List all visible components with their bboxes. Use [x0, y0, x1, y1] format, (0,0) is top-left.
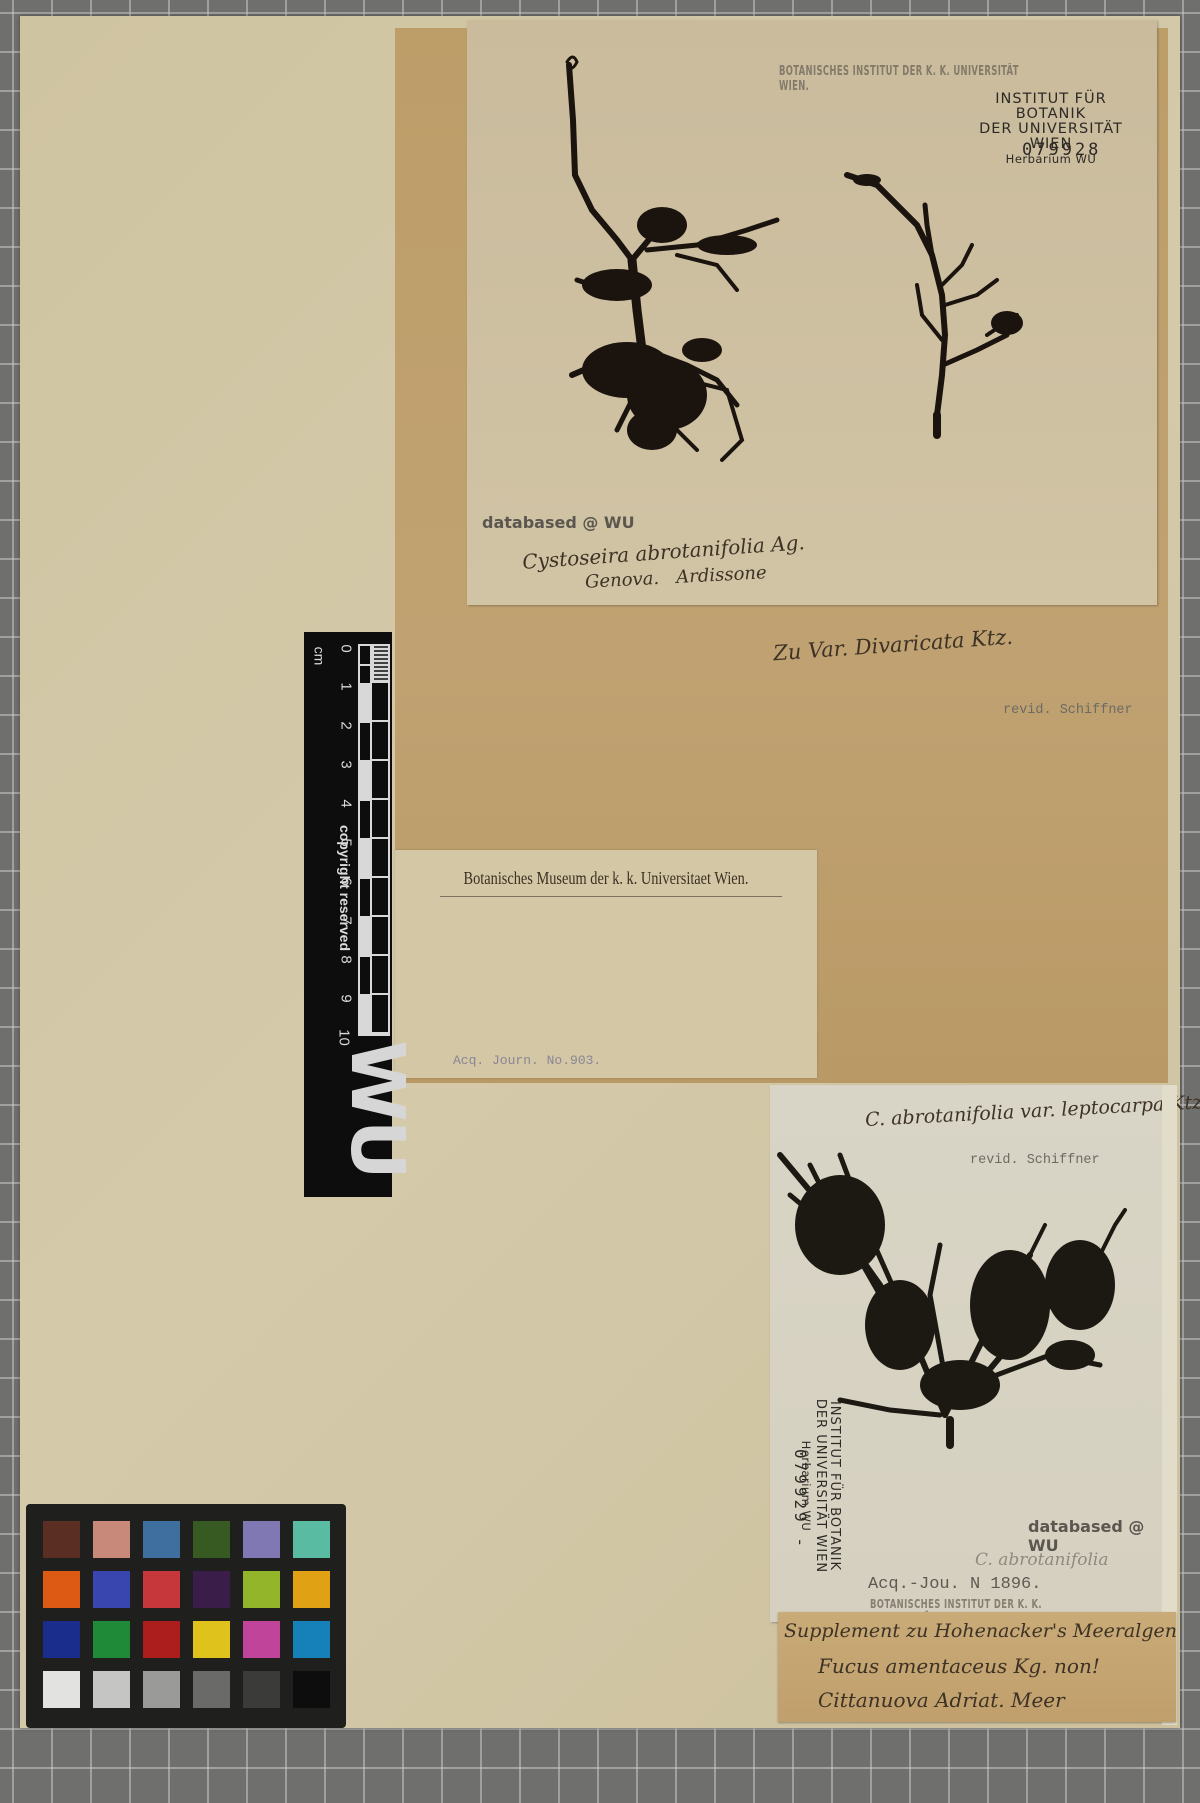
- color-patch: [143, 1621, 180, 1658]
- tick-1: 1: [338, 677, 355, 697]
- copyright-text: copyright reserved: [337, 825, 353, 951]
- tick-0: 0: [338, 639, 355, 659]
- strip-line-2: Fucus amentaceus Kg. non!: [818, 1654, 1100, 1678]
- color-checker-card: [26, 1504, 346, 1728]
- color-patch: [193, 1571, 230, 1608]
- color-patch: [93, 1521, 130, 1558]
- color-patch: [43, 1571, 80, 1608]
- wu-logo: WU: [334, 1040, 420, 1178]
- catalog-number-bottom: 079929 -: [791, 1449, 810, 1550]
- tick-9: 9: [338, 989, 355, 1009]
- color-patch: [293, 1521, 330, 1558]
- color-patch: [193, 1521, 230, 1558]
- ruler-scale-icon: [358, 644, 390, 1044]
- bottom-specimen-paper: C. abrotanifolia var. leptocarpa Ktz. re…: [770, 1085, 1172, 1622]
- tick-2: 2: [338, 716, 355, 736]
- museum-label: Botanisches Museum der k. k. Universitae…: [395, 850, 817, 1078]
- color-patch: [243, 1521, 280, 1558]
- museum-label-title: Botanisches Museum der k. k. Universitae…: [433, 868, 779, 889]
- color-patch: [293, 1621, 330, 1658]
- label-rule: [440, 896, 782, 897]
- strip-line-3: Cittanuova Adriat. Meer: [818, 1688, 1065, 1712]
- color-patch: [143, 1571, 180, 1608]
- tick-4: 4: [338, 794, 355, 814]
- tick-8: 8: [338, 950, 355, 970]
- color-patch: [43, 1671, 80, 1708]
- variety-annotation: Zu Var. Divaricata Ktz.: [772, 625, 1013, 666]
- color-patch: [143, 1671, 180, 1708]
- exsiccata-label: Supplement zu Hohenacker's Meeralgen Fuc…: [778, 1612, 1176, 1722]
- color-patch: [143, 1521, 180, 1558]
- acquisition-journal-bottom: Acq.-Jou. N 1896.: [868, 1575, 1041, 1594]
- color-patch: [243, 1621, 280, 1658]
- color-patch: [243, 1671, 280, 1708]
- color-patch: [193, 1621, 230, 1658]
- color-patch: [243, 1571, 280, 1608]
- color-patch: [93, 1621, 130, 1658]
- catalog-number: 079928: [1022, 140, 1101, 160]
- color-patch: [193, 1671, 230, 1708]
- scale-bar: cm 0 1 2 3 4 5 6 7 8 9 10: [304, 632, 392, 1197]
- stamp-line1: INSTITUT FÜR BOTANIK: [827, 1386, 841, 1586]
- color-patch: [293, 1671, 330, 1708]
- acquisition-journal-number: Acq. Journ. No.903.: [453, 1053, 601, 1068]
- color-patch: [293, 1571, 330, 1608]
- stamp-line2: DER UNIVERSITÄT WIEN: [813, 1386, 827, 1586]
- color-patch: [43, 1521, 80, 1558]
- variety-name-handwritten: C. abrotanifolia var. leptocarpa Ktz.: [865, 1091, 1200, 1131]
- strip-line-1: Supplement zu Hohenacker's Meeralgen: [784, 1620, 1177, 1642]
- pencil-note: C. abrotanifolia: [975, 1550, 1108, 1570]
- top-specimen-paper: BOTANISCHES INSTITUT DER K. K. UNIVERSIT…: [467, 20, 1157, 605]
- tick-3: 3: [338, 755, 355, 775]
- color-patch: [93, 1571, 130, 1608]
- scale-unit: cm: [311, 647, 327, 666]
- color-patch: [43, 1621, 80, 1658]
- seaweed-specimen-2-icon: [837, 165, 1037, 445]
- revid-stamp: revid. Schiffner: [1003, 703, 1133, 718]
- color-patch: [93, 1671, 130, 1708]
- databased-stamp: databased @ WU: [482, 513, 635, 532]
